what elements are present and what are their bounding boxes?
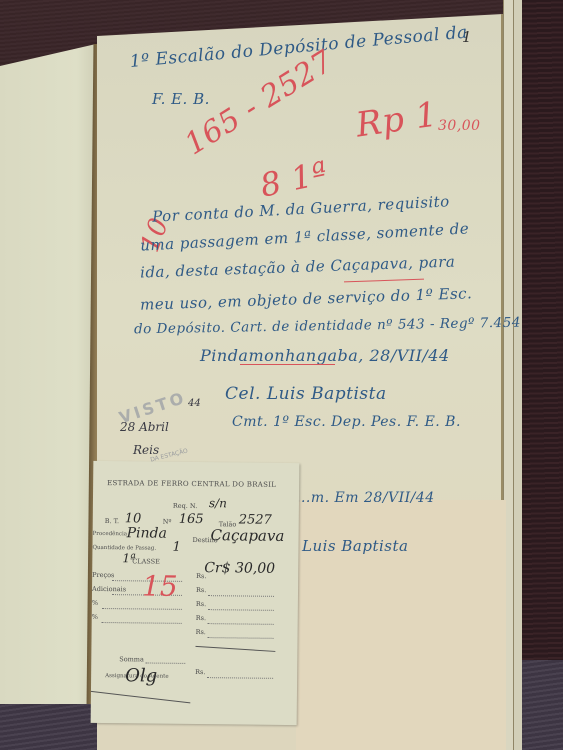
ticket-bt-label: B. T. <box>105 517 119 525</box>
dotted-line <box>208 608 274 611</box>
stamp-initials: 28 Abril <box>120 420 169 434</box>
ticket-row-label: % <box>92 599 98 607</box>
ticket-req-value: s/n <box>209 496 227 510</box>
ticket-agent-signature: Olg <box>125 665 157 686</box>
ticket-destino-value: Caçapava <box>211 526 285 545</box>
ticket-row-currency: Rs. <box>196 586 206 594</box>
dotted-line <box>207 676 273 679</box>
place-underline <box>240 364 335 365</box>
ticket-soma-label: Somma <box>119 655 144 663</box>
stamp-signature: Reis <box>133 443 159 457</box>
ticket-talao-value: 2527 <box>239 512 272 527</box>
ticket-no-label: Nº <box>163 518 172 526</box>
ticket-row-currency: Rs. <box>196 628 206 636</box>
ticket-row-label: Adicionais <box>92 585 126 593</box>
ticket-bt-value: 10 <box>125 511 142 526</box>
signature: Cel. Luis Baptista <box>225 384 387 404</box>
ticket-row-label: % <box>92 613 98 621</box>
ticket-procedencia-label: Procedência <box>93 531 127 537</box>
ticket-total-currency: Rs. <box>195 668 205 676</box>
lower-date-line: ...m. Em 28/VII/44 <box>296 490 435 506</box>
dotted-line <box>208 594 274 597</box>
page-number: 1 <box>462 28 472 46</box>
dotted-line <box>145 661 185 663</box>
ticket-row-currency: Rs. <box>196 600 206 608</box>
ticket-procedencia-value: Pinda <box>127 525 167 541</box>
total-rule <box>195 646 275 652</box>
ticket-row-currency: Rs. <box>196 614 206 622</box>
ticket-qtd-value: 1 <box>172 540 180 555</box>
ticket-title: ESTRADA DE FERRO CENTRAL DO BRASIL <box>107 479 276 489</box>
ticket-red-mark: 15 <box>142 569 178 602</box>
dotted-line <box>102 621 182 624</box>
ticket-classe-label: CLASSE <box>132 557 160 565</box>
dotted-line <box>208 622 274 625</box>
lower-signature: Luis Baptista <box>302 537 408 555</box>
ticket-price-value: Cr$ 30,00 <box>204 560 275 577</box>
stamp-year: 44 <box>188 398 201 409</box>
letter-header-line2: F. E. B. <box>152 90 210 108</box>
signature-rule <box>91 691 190 703</box>
left-binder-page <box>0 44 96 704</box>
place-date: Pindamonhangaba, 28/VII/44 <box>200 346 450 365</box>
ticket-no-value: 165 <box>179 512 204 527</box>
signature-title: Cmt. 1º Esc. Dep. Pes. F. E. B. <box>232 414 461 430</box>
ticket-row-label: Preços <box>92 571 114 579</box>
ticket-req-label: Req. N. <box>173 502 197 510</box>
desk-right-edge <box>515 0 563 750</box>
red-amount-annotation: 30,00 <box>438 118 481 134</box>
page-stack-edge <box>513 0 522 750</box>
railway-ticket: ESTRADA DE FERRO CENTRAL DO BRASIL Req. … <box>91 461 300 725</box>
dotted-line <box>208 636 274 639</box>
dotted-line <box>102 607 182 610</box>
